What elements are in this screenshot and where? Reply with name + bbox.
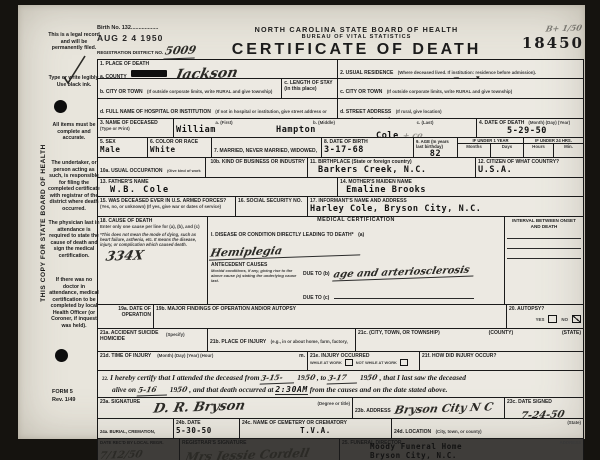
injury-location-cols: 21c. (CITY, TOWN, OR TOWNSHIP) (COUNTY) … (358, 330, 581, 336)
row-city-town: b. CITY OR TOWN (If outside corporate li… (98, 78, 583, 98)
autopsy-label: 20. AUTOPSY? (509, 306, 581, 312)
margin-note-complete: All items must be complete and accurate. (48, 122, 100, 142)
certify-time-value: 2:30AM (275, 385, 308, 395)
field-cemetery: 24c. NAME OF CEMETERY OR CREMATORY T.V.A… (240, 419, 392, 438)
location-hint: (City, town, or county) (436, 429, 482, 434)
field-citizen: 12. CITIZEN OF WHAT COUNTRY? U.S.A. (476, 158, 583, 177)
specify-label: (Specify) (166, 332, 205, 337)
field-major-findings: 19b. MAJOR FINDINGS OF OPERATION AND/OR … (154, 305, 507, 328)
header-right: B+ 1/50 18450 (498, 25, 584, 52)
interval-label: INTERVAL BETWEEN ONSET AND DEATH (507, 218, 581, 229)
due-to-lines: DUE TO (b) age and arteriosclerosis DUE … (303, 262, 501, 304)
last-pencil-mark: + co (402, 130, 424, 137)
autopsy-yes-checkbox (548, 315, 557, 323)
row-cause-of-death: 18. CAUSE OF DEATH Enter only one cause … (98, 216, 583, 304)
field-cause-label-col: 18. CAUSE OF DEATH Enter only one cause … (98, 217, 208, 304)
field-birthplace: 11. BIRTHPLACE (State or foreign country… (308, 158, 476, 177)
row-injury-time: 21d. TIME OF INJURY (Month) (Day) (Year)… (98, 351, 583, 370)
injury-time-cols: (Month) (Day) (Year) (Hour) (157, 353, 213, 359)
field-mother: 14. MOTHER'S MAIDEN NAME Emaline Brooks (338, 178, 583, 196)
header-left: Birth No. 132.................. AUG 2 4 … (97, 25, 215, 59)
certify-year2-handwritten: 50 (366, 372, 379, 383)
field-place-of-death: 1. PLACE OF DEATH a. COUNTY Jackson (98, 60, 338, 78)
field-hospital: d. FULL NAME OF HOSPITAL OR INSTITUTION … (98, 99, 338, 118)
row-registrar: DATE REC'D BY LOCAL REGR. 7/12/50 REGIST… (98, 438, 583, 460)
while-at-work-checkbox (345, 359, 353, 366)
certificate-number: 18450 (498, 34, 584, 52)
field-length-of-stay: c. LENGTH OF STAY (in this place) (282, 79, 338, 98)
field-autopsy: 20. AUTOPSY? YES NO (507, 305, 583, 328)
last-line: Cole + co (376, 125, 474, 137)
field-signature: 23a. SIGNATURE D. R. Bryson (Degree or t… (98, 398, 353, 418)
cause-line-a: I. DISEASE OR CONDITION DIRECTLY LEADING… (208, 223, 504, 259)
marital-label: 7. MARRIED, NEVER MARRIED, WIDOWED, DIVO… (214, 148, 317, 157)
funeral-home-city: Bryson City, N.C. (370, 451, 581, 460)
cause-footnote: *This does not mean the mode of dying, s… (100, 232, 205, 247)
registrar-sig-label: REGISTRAR'S SIGNATURE (182, 440, 337, 446)
injury-occurred-boxes: WHILE AT WORK NOT WHILE AT WORK (310, 359, 417, 366)
date-signed-value-handwritten: 7-24-50 (520, 409, 566, 418)
field-race: 6. COLOR OR RACE White (148, 138, 212, 157)
industry-label: 10b. KIND OF BUSINESS OR INDUSTRY (208, 159, 305, 165)
row-hospital-street: d. FULL NAME OF HOSPITAL OR INSTITUTION … (98, 98, 583, 118)
field-occupation: 10a. USUAL OCCUPATION (Give kind of work… (98, 158, 206, 177)
field-father: 13. FATHER'S NAME W.B. Cole (98, 178, 338, 196)
certify-to-handwritten: 3-17 (327, 371, 360, 384)
occ-label: 10a. USUAL OCCUPATION (100, 168, 163, 174)
certify-part5: from the causes and on the date stated a… (310, 385, 448, 394)
header-center: NORTH CAROLINA STATE BOARD OF HEALTH BUR… (215, 25, 498, 59)
signature-value-handwritten: D. R. Bryson (152, 398, 247, 416)
injury-state-label: (STATE) (562, 330, 581, 336)
injury-city-label: 21c. (CITY, TOWN, OR TOWNSHIP) (358, 330, 440, 336)
row-vitals: 5. SEX Male 6. COLOR OR RACE White 7. MA… (98, 137, 583, 157)
autopsy-yes-label: YES (536, 317, 545, 322)
field-burial-date: 24b. DATE 5-30-50 (174, 419, 240, 438)
under1-cols: Months Days (458, 144, 523, 157)
field-date-signed: 23c. DATE SIGNED 7-24-50 (505, 398, 583, 418)
field-street-address: d. STREET ADDRESS (If rural, give locati… (338, 99, 583, 118)
field-armed-forces: 15. WAS DECEASED EVER IN U.S. ARMED FORC… (98, 197, 236, 216)
dod-value: 5-29-50 (507, 126, 581, 136)
not-while-at-work-checkbox (400, 359, 408, 366)
row-burial: 24a. BURIAL, CREMATION, REMOVAL (Specify… (98, 418, 583, 438)
field-under-1-year: IF UNDER 1 YEAR Months Days (458, 138, 524, 157)
field-age: 9. AGE (In years last birthday) 82 (414, 138, 458, 157)
age-label: 9. AGE (In years last birthday) (416, 139, 455, 149)
location-label: 24d. LOCATION (394, 429, 431, 435)
field-accident-suicide: 21a. ACCIDENT SUICIDE HOMICIDE (98, 329, 164, 351)
residence-city-hint: (If outside corporate limits, write RURA… (387, 89, 512, 94)
certificate-title: CERTIFICATE OF DEATH (215, 41, 498, 59)
race-value: White (150, 145, 209, 154)
cause-note: Enter only one cause per line for (a), (… (100, 224, 205, 229)
field-dob: 8. DATE OF BIRTH 3-17-68 (322, 138, 414, 157)
stay-label: c. LENGTH OF STAY (in this place) (284, 80, 335, 92)
field-industry: 10b. KIND OF BUSINESS OR INDUSTRY (206, 158, 308, 177)
org-line2: BUREAU OF VITAL STATISTICS (215, 34, 498, 40)
field-under-24-hrs: IF UNDER 24 HRS. Hours Min. (524, 138, 583, 157)
residence-city-label: c. CITY OR TOWN (340, 89, 382, 95)
autopsy-no-checkbox (572, 315, 581, 323)
hole-punch-top (54, 100, 67, 113)
burial-label: 24a. BURIAL, CREMATION, REMOVAL (100, 429, 155, 438)
street-label: d. STREET ADDRESS (340, 109, 391, 115)
field-date-of-operation: 19a. DATE OF OPERATION (98, 305, 154, 328)
field-name-label: 3. NAME OF DECEASED (Type or Print) (98, 119, 174, 137)
findings-label: 19b. MAJOR FINDINGS OF OPERATION AND/OR … (156, 306, 504, 312)
field-injury-location: 21c. (CITY, TOWN, OR TOWNSHIP) (COUNTY) … (356, 329, 583, 351)
field-ssn: 16. SOCIAL SECURITY NO. (236, 197, 308, 216)
org-line1: NORTH CAROLINA STATE BOARD OF HEALTH (215, 25, 498, 34)
row-parents: 13. FATHER'S NAME W.B. Cole 14. MOTHER'S… (98, 177, 583, 196)
field-time-of-injury: 21d. TIME OF INJURY (Month) (Day) (Year)… (98, 352, 308, 370)
interval-rule-3 (507, 249, 581, 259)
certify-part2: , that I last saw the deceased (380, 373, 466, 382)
father-value: W.B. Cole (110, 185, 335, 195)
date-signed-label: 23c. DATE SIGNED (507, 399, 581, 405)
interval-rule-2 (507, 239, 581, 249)
district-value-handwritten: 5009 (163, 44, 197, 60)
field-signature-address: 23b. ADDRESS Bryson City N C (353, 398, 505, 418)
dob-value: 3-17-68 (324, 145, 411, 155)
margin-note-ink: Type or write legibly. Use black ink. (48, 75, 100, 88)
funeral-home-name: Moody Funeral Home (370, 442, 581, 451)
autopsy-boxes: YES NO (509, 315, 581, 323)
place-county-value-handwritten: Jackson (174, 65, 239, 78)
operation-date-label: 19a. DATE OF OPERATION (100, 306, 151, 318)
first-value: William (176, 125, 272, 135)
injury-county-label: (COUNTY) (489, 330, 513, 336)
margin-note-physician: The physician last in attendance is requ… (48, 220, 100, 259)
field-burial-location: 24d. LOCATION (City, town, or county) (S… (392, 419, 583, 438)
field-marital: 7. MARRIED, NEVER MARRIED, WIDOWED, DIVO… (212, 138, 322, 157)
certify-part4: , and that death occurred at (189, 385, 273, 394)
district-label: REGISTRATION DISTRICT NO. (97, 50, 163, 55)
certification-line2: alive on 5-16 1950 , and that death occu… (112, 384, 579, 396)
field-interval: INTERVAL BETWEEN ONSET AND DEATH (505, 217, 583, 304)
field-place-city: b. CITY OR TOWN (If outside corporate li… (98, 79, 282, 98)
field-medical-certification: MEDICAL CERTIFICATION I. DISEASE OR COND… (208, 217, 505, 304)
residence-hint: (Where deceased lived. If institution: r… (398, 70, 536, 75)
row-name: 3. NAME OF DECEASED (Type or Print) a. (… (98, 118, 583, 137)
field-name-last: c. (Last) Cole + co (374, 119, 477, 137)
location-state-label: (State) (567, 420, 581, 438)
c-label: DUE TO (c) (303, 295, 329, 301)
margin-note-legal: This is a legal record and will be perma… (48, 32, 100, 52)
field-residence-city: c. CITY OR TOWN (If outside corporate li… (338, 79, 583, 98)
under1-days: Days (491, 144, 523, 157)
under24-hours: Hours (524, 144, 554, 157)
row-place-residence-county: 1. PLACE OF DEATH a. COUNTY Jackson 2. U… (98, 60, 583, 78)
middle-value: Hampton (276, 125, 372, 135)
certify-part3: alive on (112, 385, 136, 394)
birthplace-value: Barkers Creek, N.C. (318, 165, 473, 175)
under24-cols: Hours Min. (524, 144, 583, 157)
injury-time-label: 21d. TIME OF INJURY (100, 353, 151, 359)
informant-value: Harley Cole, Bryson City, N.C. (310, 204, 581, 214)
time-of-injury-head: 21d. TIME OF INJURY (Month) (Day) (Year)… (100, 353, 305, 359)
b-value-handwritten: age and arteriosclerosis (332, 265, 476, 282)
certification-line1: 22. I hereby certify that I attended the… (102, 372, 579, 384)
ssn-label: 16. SOCIAL SECURITY NO. (238, 198, 305, 204)
row-occupation: 10a. USUAL OCCUPATION (Give kind of work… (98, 157, 583, 177)
degree-label: (Degree or title) (318, 401, 350, 415)
armed-hint: (Yes, no, or unknown) (If yes, give war … (100, 204, 233, 209)
accident-label: 21a. ACCIDENT SUICIDE HOMICIDE (100, 330, 162, 342)
burial-location-labels: 24d. LOCATION (City, town, or county) (394, 420, 482, 438)
field-injury-occurred: 21e. INJURY OCCURRED WHILE AT WORK NOT W… (308, 352, 420, 370)
field-how-injury: 21f. HOW DID INJURY OCCUR? (420, 352, 583, 370)
cause-margin-handwritten: 334X (104, 248, 145, 264)
row-signature: 23a. SIGNATURE D. R. Bryson (Degree or t… (98, 397, 583, 418)
a-value-handwritten: Hemiplegia (209, 242, 363, 261)
signature-line: 23a. SIGNATURE D. R. Bryson (Degree or t… (100, 399, 350, 415)
row-injury-place: 21a. ACCIDENT SUICIDE HOMICIDE (Specify)… (98, 328, 583, 351)
field-registrar-signature: REGISTRAR'S SIGNATURE Mrs Jessie Cordell (180, 439, 340, 460)
not-while-at-work-label: NOT WHILE AT WORK (356, 360, 397, 365)
form-table: 1. PLACE OF DEATH a. COUNTY Jackson 2. U… (97, 59, 584, 460)
field-informant: 17. INFORMANT'S NAME AND ADDRESS Harley … (308, 197, 583, 216)
row-certification: 22. I hereby certify that I attended the… (98, 370, 583, 397)
field-name-first: a. (First) William (174, 119, 274, 137)
certify-year1-handwritten: 50 (303, 372, 316, 383)
margin-note-undertaker: The undertaker, or person acting as such… (48, 160, 100, 212)
mother-value: Emaline Brooks (346, 185, 581, 195)
hospital-label: d. FULL NAME OF HOSPITAL OR INSTITUTION (100, 109, 211, 115)
certificate-scan: THIS COPY FOR STATE BOARD OF HEALTH This… (18, 5, 585, 439)
field-specify: (Specify) (164, 329, 208, 351)
form-main: Birth No. 132.................. AUG 2 4 … (97, 25, 584, 460)
margin-note-no-doctor: If there was no doctor in attendance, me… (48, 277, 100, 329)
street-hint: (If rural, give location) (396, 109, 442, 114)
hole-punch-bottom (55, 349, 68, 362)
antecedent-block: ANTECEDENT CAUSES Morbid conditions, if … (211, 262, 303, 304)
certify-part1: I hereby certify that I attended the dec… (110, 373, 259, 382)
c-value-blank (334, 291, 474, 299)
certify-from-handwritten: 3-15- (260, 371, 297, 384)
antecedent-note: Morbid conditions, if any, giving rise t… (211, 268, 303, 283)
address-label: 23b. ADDRESS (355, 408, 391, 414)
age-value: 82 (416, 149, 455, 157)
signature-label: 23a. SIGNATURE (100, 399, 140, 415)
while-at-work-label: WHILE AT WORK (310, 360, 342, 365)
b-label: DUE TO (b) (303, 271, 330, 277)
burial-location-head: 24d. LOCATION (City, town, or county) (S… (394, 420, 581, 438)
burial-date-value: 5-30-50 (176, 426, 237, 435)
form-revision: Rev. 1/49 (52, 396, 75, 404)
place-city-label: b. CITY OR TOWN (100, 89, 143, 95)
certify-alive-handwritten: 5-16 (136, 384, 169, 397)
place-county-line: a. COUNTY Jackson (100, 65, 335, 78)
form-number-block: FORM 5 Rev. 1/49 (52, 388, 75, 405)
district-line: REGISTRATION DISTRICT NO. 5009 (97, 44, 215, 59)
item-22-number: 22. (102, 377, 108, 382)
due-to-c: DUE TO (c) (303, 286, 501, 304)
cause-line-b: ANTECEDENT CAUSES Morbid conditions, if … (208, 262, 504, 304)
interval-rule-1 (507, 229, 581, 239)
row-operation-autopsy: 19a. DATE OF OPERATION 19b. MAJOR FINDIN… (98, 304, 583, 328)
field-burial: 24a. BURIAL, CREMATION, REMOVAL (Specify… (98, 419, 174, 438)
pencil-scribble: B+ 1/50 (545, 22, 583, 33)
form-header: Birth No. 132.................. AUG 2 4 … (97, 25, 584, 59)
sex-value: Male (100, 145, 145, 154)
redaction-mark (131, 70, 167, 77)
birth-no-label: Birth No. 132.................. (97, 25, 215, 32)
field-funeral-director: 25. FUNERAL DIRECTOR ADDRESS Moody Funer… (340, 439, 583, 460)
field-sex: 5. SEX Male (98, 138, 148, 157)
date-received-label: DATE REC'D BY LOCAL REGR. (100, 440, 177, 445)
cemetery-value: T.V.A. (242, 426, 389, 435)
date-received-value-handwritten: 7/12/50 (99, 449, 144, 460)
injury-time-m: m. (299, 353, 305, 359)
address-value-handwritten: Bryson City N C (393, 400, 494, 416)
form-number: FORM 5 (52, 388, 75, 396)
field-place-of-injury: 21b. PLACE OF INJURY (e.g., in or about … (208, 329, 356, 351)
certify-year3-handwritten: 50 (176, 384, 189, 395)
certify-to-word: , to (317, 373, 326, 382)
place-city-hint: (If outside corporate limits, write RURA… (147, 89, 272, 94)
due-to-b: DUE TO (b) age and arteriosclerosis (303, 262, 501, 280)
under24-min: Min. (554, 144, 583, 157)
registrar-sig-value-handwritten: Mrs Jessie Cordell (184, 446, 311, 460)
disease-label: I. DISEASE OR CONDITION DIRECTLY LEADING… (211, 232, 354, 238)
residence-label: 2. USUAL RESIDENCE (340, 70, 393, 76)
injury-place-label: 21b. PLACE OF INJURY (210, 339, 266, 345)
funeral-address-label: ADDRESS (560, 440, 581, 446)
field-usual-residence: 2. USUAL RESIDENCE (Where deceased lived… (338, 60, 583, 78)
under1-months: Months (458, 144, 491, 157)
field-name-middle: b. (Middle) Hampton (274, 119, 374, 137)
name-hint: (Type or Print) (100, 126, 171, 131)
field-date-received: DATE REC'D BY LOCAL REGR. 7/12/50 (98, 439, 180, 460)
citizen-value: U.S.A. (478, 165, 581, 175)
row-armed-ssn-informant: 15. WAS DECEASED EVER IN U.S. ARMED FORC… (98, 196, 583, 216)
field-date-of-death: 4. DATE OF DEATH (Month) (Day) (Year) 5-… (477, 119, 583, 137)
autopsy-no-label: NO (561, 317, 568, 322)
how-injury-label: 21f. HOW DID INJURY OCCUR? (422, 353, 581, 359)
a-label: (a) (358, 232, 364, 238)
